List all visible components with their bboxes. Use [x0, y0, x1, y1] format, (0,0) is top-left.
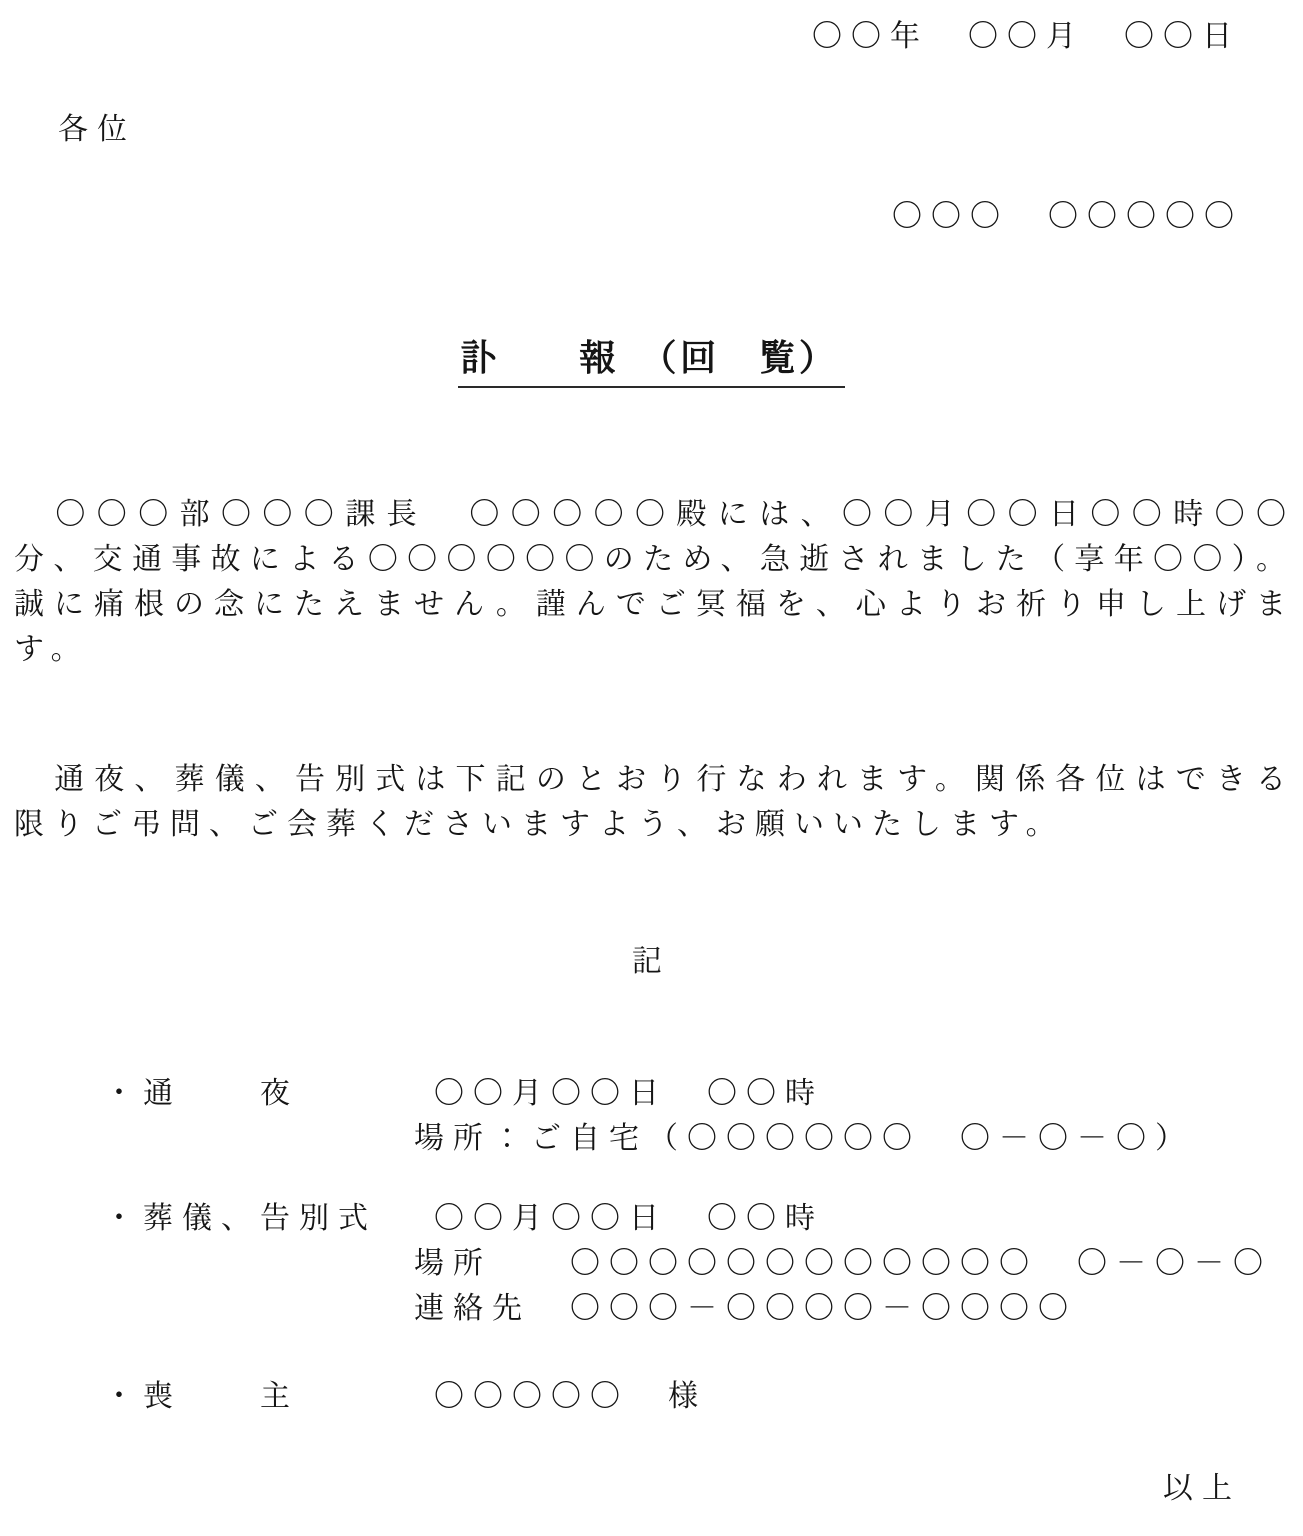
addressee: 各位: [58, 107, 1303, 152]
sender-name: 〇〇〇 〇〇〇〇〇: [0, 194, 1303, 239]
invitation-paragraph: 通夜、葬儀、告別式は下記のとおり行なわれます。関係各位はできる限りご弔問、ご会葬…: [14, 757, 1295, 847]
chief-mourner-name: 〇〇〇〇〇 様: [434, 1374, 707, 1419]
obituary-notice-document: 〇〇年 〇〇月 〇〇日 各位 〇〇〇 〇〇〇〇〇 訃 報 （回 覧） 〇〇〇部〇…: [0, 0, 1303, 1536]
list-item-chief-mourner: ・喪 主 〇〇〇〇〇 様: [104, 1374, 1303, 1419]
record-marker: 記: [0, 939, 1303, 984]
funeral-label: ・葬儀、告別式: [104, 1196, 434, 1241]
funeral-contact: 連絡先 〇〇〇－〇〇〇〇－〇〇〇〇: [414, 1286, 1303, 1331]
detail-list: ・通 夜 〇〇月〇〇日 〇〇時 場所：ご自宅（〇〇〇〇〇〇 〇－〇－〇） ・葬儀…: [0, 1071, 1303, 1419]
wake-datetime: 〇〇月〇〇日 〇〇時: [434, 1071, 824, 1116]
chief-mourner-label: ・喪 主: [104, 1374, 434, 1419]
title-row: 訃 報 （回 覧）: [0, 337, 1303, 388]
document-date: 〇〇年 〇〇月 〇〇日: [0, 0, 1303, 59]
closing-ijou: 以上: [0, 1466, 1303, 1511]
list-item-funeral: ・葬儀、告別式 〇〇月〇〇日 〇〇時: [104, 1196, 1303, 1241]
funeral-place: 場所 〇〇〇〇〇〇〇〇〇〇〇〇 〇－〇－〇: [414, 1241, 1303, 1286]
list-item-wake: ・通 夜 〇〇月〇〇日 〇〇時: [104, 1071, 1303, 1116]
funeral-datetime: 〇〇月〇〇日 〇〇時: [434, 1196, 824, 1241]
notice-paragraph: 〇〇〇部〇〇〇課長 〇〇〇〇〇殿には、〇〇月〇〇日〇〇時〇〇分、交通事故による〇…: [14, 492, 1295, 672]
wake-place: 場所：ご自宅（〇〇〇〇〇〇 〇－〇－〇）: [414, 1116, 1303, 1161]
document-title: 訃 報 （回 覧）: [458, 337, 844, 388]
wake-label: ・通 夜: [104, 1071, 434, 1116]
